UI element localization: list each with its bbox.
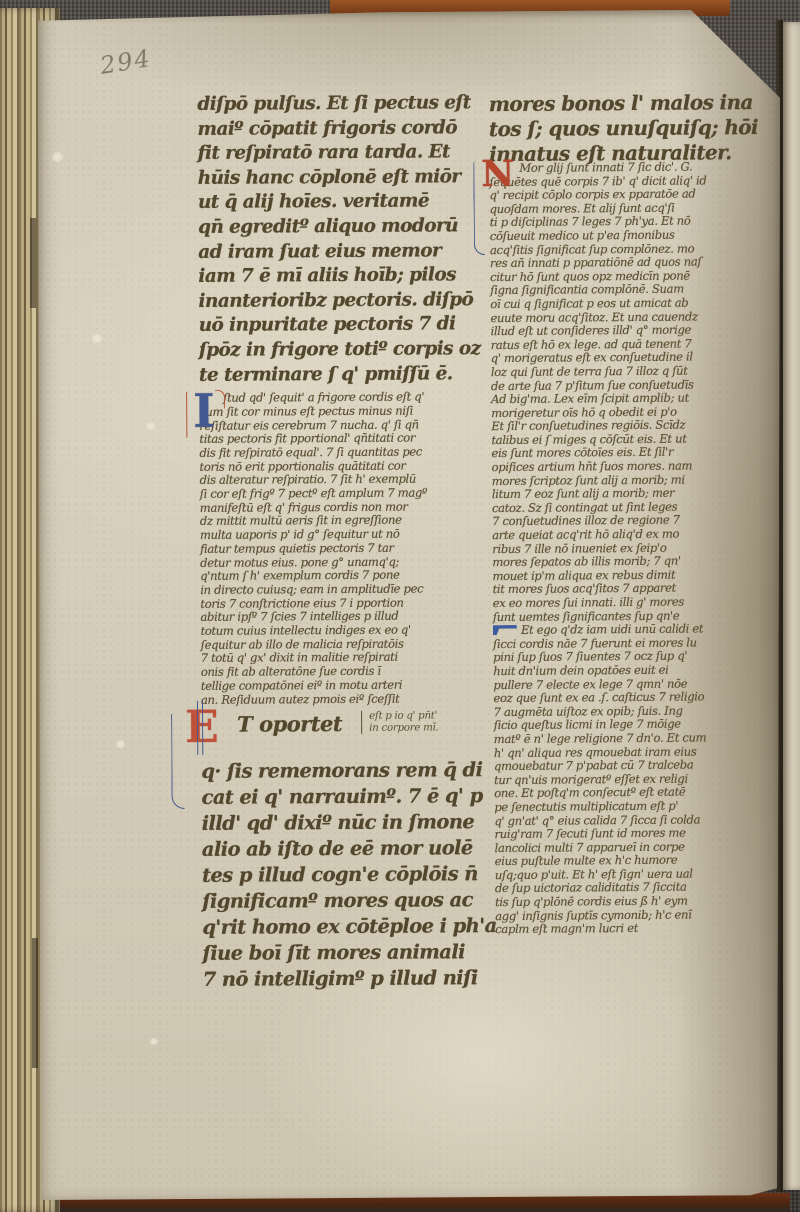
decorated-initial-e: E [185, 706, 219, 750]
manuscript-line: iam 7 ē mī aliis hoīb; pilos [198, 263, 476, 289]
manuscript-line: uō inpuritate pectoris 7 di [199, 312, 477, 338]
worm-hole [146, 422, 155, 430]
manuscript-line: te terminare ſ q' pmiſſū ē. [199, 362, 477, 388]
right-heading: mores bonos l' malos inatos ſ; quos unuſ… [489, 90, 766, 167]
right-body: N Mor glij ſunt innati 7 ſic dic'. G.ſeq… [489, 160, 771, 937]
manuscript-line: caplm eſt magn'm lucri et [495, 921, 771, 937]
manuscript-line: diſpō pulſus. Et ſi pectus eſt [197, 91, 475, 117]
opening-words: T oportet [237, 711, 342, 737]
manuscript-line: alio ab iſto de eē mor uolē [202, 835, 480, 863]
right-body-lines-a: Mor glij ſunt innati 7 ſic dic'. G.ſequē… [489, 160, 769, 624]
worm-hole [150, 1038, 158, 1045]
manuscript-line: 7 nō intelligimº p illud niſi [203, 965, 481, 993]
facing-page-edge [782, 22, 800, 1190]
manuscript-line: ad iram ſuat eius memor [198, 239, 476, 265]
manuscript-line: tes p illud cogn'e cōplōis n̄ [202, 861, 480, 889]
manuscript-line: q· ſis rememorans rem q̄ di [201, 757, 479, 785]
manuscript-line: q'rit homo ex cōtēploe i ph'a [202, 913, 480, 941]
fore-edge-ink-mark [32, 938, 38, 1068]
rubric-heading-line: mores bonos l' malos ina [489, 90, 765, 117]
worm-hole [52, 152, 63, 162]
left-section-3-opening: E T oportet eſt p io q' pn̄t' in corpore… [201, 710, 479, 759]
decorated-initial-n: N [481, 156, 514, 192]
capitulum-mark [493, 625, 517, 635]
right-text-column: mores bonos l' malos inatos ſ; quos unuſ… [489, 90, 772, 937]
pen-flourish-blue [171, 714, 185, 809]
manuscript-line: ſignificamº mores quos ac [202, 887, 480, 915]
manuscript-line: inanterioribz pectoris. diſpō [198, 288, 476, 314]
manuscript-line: maiº cōpatit frigoris cordō [197, 116, 475, 142]
pen-flourish-blue [473, 162, 485, 255]
fore-edge-ink-mark [30, 218, 36, 308]
manuscript-line: an. Reſiduum autez pmois eiº ſceſſit [201, 692, 479, 707]
left-section-3-lines: q· ſis rememorans rem q̄ dicat ei q' nar… [201, 757, 480, 993]
manuscript-line: qn̄ egreditº aliquo modorū [198, 214, 476, 240]
manuscript-line: ut q̄ alij hoīes. veritamē [198, 190, 476, 216]
worm-hole [116, 740, 125, 748]
manuscript-line: cat ei q' narrauimº. 7 ē q' p [201, 783, 479, 811]
manuscript-line: illd' qd' dixiº nūc in ſmone [202, 809, 480, 837]
manuscript-line: ſiue boī ſīt mores animali [202, 939, 480, 967]
left-text-column: diſpō pulſus. Et ſi pectus eſtmaiº cōpat… [197, 91, 480, 993]
right-body-lines-b: ſicci cordis nāe 7 fuerunt ei mores lupi… [493, 636, 771, 937]
left-section-2: I ſtud qd' ſequit' a frigore cordis eſt … [199, 390, 479, 707]
manuscript-line: ſpōz in frigore totiº corpis oz [199, 337, 477, 363]
manuscript-line: fit reſpiratō rara tarda. Et [198, 140, 476, 166]
manuscript-photo: 294 diſpō pulſus. Et ſi pectus eſtmaiº c… [0, 0, 800, 1212]
left-section-3: E T oportet eſt p io q' pn̄t' in corpore… [201, 710, 481, 993]
left-section-1: diſpō pulſus. Et ſi pectus eſtmaiº cōpat… [197, 91, 477, 388]
gloss-line: in corpore mī. [369, 722, 438, 734]
interlinear-gloss: eſt p io q' pn̄t' in corpore mī. [361, 711, 438, 734]
decorated-initial-i: I [193, 388, 215, 434]
left-section-2-lines: ſtud qd' ſequit' a frigore cordis eſt q'… [199, 390, 479, 707]
manuscript-line: hūis hanc cōplonē eſt miōr [198, 165, 476, 191]
worm-hole [92, 334, 102, 343]
rubric-heading-line: tos ſ; quos unuſquiſq; hōi [489, 115, 765, 142]
